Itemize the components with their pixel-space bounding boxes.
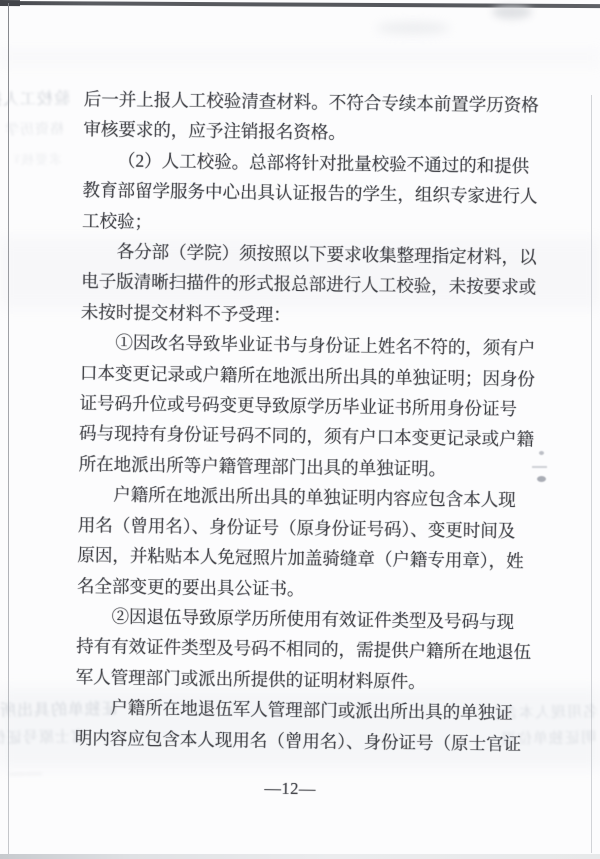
bleedthrough-text-top-left: 验校工人报上并一 <box>0 85 70 109</box>
document-body: 后一并上报人工校验清查材料。不符合专续本前置学历资格审核要求的，应予注销报名资格… <box>74 84 544 808</box>
paragraph: 户籍所在地派出所出具的单独证明内容应包含本人现用名（曾用名）、身份证号（原身份证… <box>77 479 539 607</box>
paragraph: ②因退伍导致原学历所使用有效证件类型及号码与现持有有效证件类型及号码不相同的，需… <box>76 601 537 699</box>
bleedthrough-dash: —— <box>8 765 42 784</box>
smudge-mark <box>539 451 544 455</box>
bleedthrough-text-top-left: 格资历学 <box>2 118 64 139</box>
scan-edge-bottom <box>0 854 600 859</box>
scan-edge-left <box>8 3 10 856</box>
paragraph: 后一并上报人工校验清查材料。不符合专续本前置学历资格审核要求的，应予注销报名资格… <box>83 84 544 151</box>
paragraph: 各分部（学院）须按照以下要求收集整理指定材料，以电子版清晰扫描件的形式报总部进行… <box>81 236 542 334</box>
paragraph: （2）人工校验。总部将针对批量校验不通过的和提供教育部留学服务中心出具认证报告的… <box>82 145 543 243</box>
paragraph: 户籍所在地退伍军人管理部门或派出所出具的单独证明内容应包含本人现用名（曾用名）、… <box>75 692 536 759</box>
bleedthrough-text-top-left: 求要核审 <box>14 149 62 169</box>
paragraph: ①因改名导致毕业证书与身份证上姓名不符的，须有户口本变更记录或户籍所在地派出所出… <box>78 327 540 485</box>
scan-edge-top <box>0 1 600 8</box>
scan-smudge <box>376 22 450 34</box>
bleedthrough-text-bottom-left: 官士原号证份身 <box>0 725 86 748</box>
scan-shading-band <box>0 50 600 66</box>
paragraph-list: 后一并上报人工校验清查材料。不符合专续本前置学历资格审核要求的，应予注销报名资格… <box>75 84 544 759</box>
page-number: —12— <box>74 771 506 807</box>
scanned-document-page: 验校工人报上并一 格资历学 求要核审 证独单的具出所出派或 官士原号证份身 名用… <box>0 0 600 859</box>
text-line: 明内容应包含本人现用名（曾用名）、身份证号（原士官证 <box>75 722 535 759</box>
scan-edge-right <box>591 95 592 853</box>
